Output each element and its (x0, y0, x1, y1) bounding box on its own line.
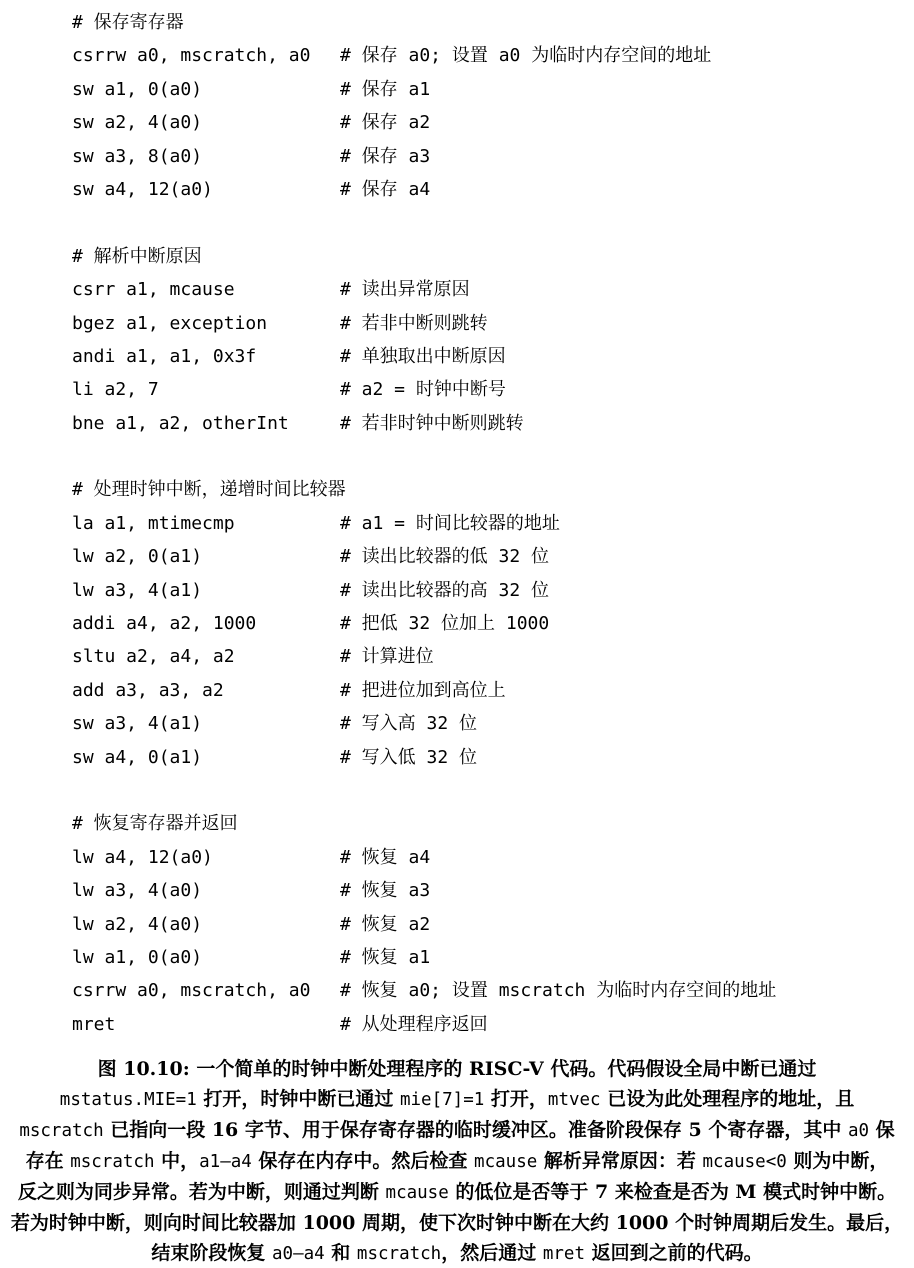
code-line: sw a3, 4(a1)# 写入高 32 位 (72, 707, 776, 740)
instruction: addi a4, a2, 1000 (72, 607, 340, 640)
caption-text: 打开，时钟中断已通过 (197, 1088, 400, 1110)
instruction: sw a3, 4(a1) (72, 707, 340, 740)
instruction: bgez a1, exception (72, 307, 340, 340)
instruction: sw a4, 12(a0) (72, 173, 340, 206)
code-line: lw a2, 4(a0)# 恢复 a2 (72, 908, 776, 941)
caption-text: 解析异常原因：若 (537, 1150, 702, 1172)
code-line: # 保存寄存器 (72, 6, 776, 39)
figure-caption: 图 10.10: 一个简单的时钟中断处理程序的 RISC-V 代码。代码假设全局… (10, 1054, 904, 1268)
caption-code-token: mscratch (19, 1121, 103, 1141)
code-block: # 处理时钟中断，递增时间比较器la a1, mtimecmp# a1 = 时间… (72, 473, 776, 774)
caption-text: 结束阶段恢复 (151, 1242, 272, 1264)
caption-code-token: mstatus.MIE=1 (60, 1090, 197, 1110)
code-line: csrrw a0, mscratch, a0# 保存 a0; 设置 a0 为临时… (72, 39, 776, 72)
caption-text: 若为时钟中断，则向时间比较器加 1000 周期，使下次时钟中断在大约 1000 … (11, 1212, 903, 1234)
caption-line: 图 10.10: 一个简单的时钟中断处理程序的 RISC-V 代码。代码假设全局… (10, 1054, 904, 1084)
inline-comment: # 保存 a3 (340, 140, 776, 173)
caption-code-token: a1–a4 (199, 1152, 252, 1172)
code-line: bne a1, a2, otherInt# 若非时钟中断则跳转 (72, 407, 776, 440)
inline-comment: # 恢复 a1 (340, 941, 776, 974)
instruction: lw a2, 4(a0) (72, 908, 340, 941)
inline-comment: # 保存 a0; 设置 a0 为临时内存空间的地址 (340, 39, 776, 72)
code-line: sltu a2, a4, a2# 计算进位 (72, 640, 776, 673)
instruction: lw a3, 4(a0) (72, 874, 340, 907)
inline-comment: # 计算进位 (340, 640, 776, 673)
caption-text: 返回到之前的代码。 (585, 1242, 763, 1264)
code-line: mret# 从处理程序返回 (72, 1008, 776, 1041)
caption-text: 的低位是否等于 7 来检查是否为 M 模式时钟中断。 (449, 1181, 896, 1203)
code-line: lw a1, 0(a0)# 恢复 a1 (72, 941, 776, 974)
caption-text: 打开， (484, 1088, 548, 1110)
instruction: lw a4, 12(a0) (72, 841, 340, 874)
instruction: lw a1, 0(a0) (72, 941, 340, 974)
code-line: csrrw a0, mscratch, a0# 恢复 a0; 设置 mscrat… (72, 974, 776, 1007)
instruction: sw a3, 8(a0) (72, 140, 340, 173)
instruction: bne a1, a2, otherInt (72, 407, 340, 440)
inline-comment: # 若非时钟中断则跳转 (340, 407, 776, 440)
inline-comment: # 保存 a1 (340, 73, 776, 106)
instruction: sw a1, 0(a0) (72, 73, 340, 106)
instruction: sw a2, 4(a0) (72, 106, 340, 139)
inline-comment: # 写入低 32 位 (340, 741, 776, 774)
caption-text: 图 10.10: 一个简单的时钟中断处理程序的 RISC-V 代码。代码假设全局… (98, 1058, 817, 1080)
code-line: lw a2, 0(a1)# 读出比较器的低 32 位 (72, 540, 776, 573)
inline-comment: # 保存 a2 (340, 106, 776, 139)
inline-comment: # 读出比较器的高 32 位 (340, 574, 776, 607)
caption-code-token: mscratch (357, 1244, 441, 1264)
code-line: # 处理时钟中断，递增时间比较器 (72, 473, 776, 506)
inline-comment: # 读出异常原因 (340, 273, 776, 306)
caption-text: ，然后通过 (441, 1242, 543, 1264)
caption-text: 已设为此处理程序的地址，且 (601, 1088, 855, 1110)
instruction: lw a2, 0(a1) (72, 540, 340, 573)
instruction: csrrw a0, mscratch, a0 (72, 39, 340, 72)
code-line: sw a2, 4(a0)# 保存 a2 (72, 106, 776, 139)
code-line: add a3, a3, a2# 把进位加到高位上 (72, 674, 776, 707)
caption-code-token: mret (543, 1244, 585, 1264)
block-comment-header: # 恢复寄存器并返回 (72, 807, 238, 840)
caption-text: 已指向一段 16 字节、用于保存寄存器的临时缓冲区。准备阶段保存 5 个寄存器，… (104, 1119, 848, 1141)
instruction: csrr a1, mcause (72, 273, 340, 306)
assembly-code-listing: # 保存寄存器csrrw a0, mscratch, a0# 保存 a0; 设置… (72, 6, 776, 1041)
caption-line: 若为时钟中断，则向时间比较器加 1000 周期，使下次时钟中断在大约 1000 … (10, 1208, 904, 1238)
caption-code-token: mcause<0 (703, 1152, 787, 1172)
instruction: mret (72, 1008, 340, 1041)
code-line: # 解析中断原因 (72, 240, 776, 273)
code-line: sw a1, 0(a0)# 保存 a1 (72, 73, 776, 106)
caption-line: 存在 mscratch 中，a1–a4 保存在内存中。然后检查 mcause 解… (10, 1146, 904, 1177)
caption-text: 则为中断， (787, 1150, 889, 1172)
caption-line: 结束阶段恢复 a0–a4 和 mscratch，然后通过 mret 返回到之前的… (10, 1238, 904, 1268)
code-line: lw a3, 4(a0)# 恢复 a3 (72, 874, 776, 907)
instruction: li a2, 7 (72, 373, 340, 406)
caption-code-token: mtvec (548, 1090, 601, 1110)
book-page: # 保存寄存器csrrw a0, mscratch, a0# 保存 a0; 设置… (0, 0, 914, 1268)
caption-line: mstatus.MIE=1 打开，时钟中断已通过 mie[7]=1 打开，mtv… (10, 1084, 904, 1115)
code-line: lw a3, 4(a1)# 读出比较器的高 32 位 (72, 574, 776, 607)
code-line: andi a1, a1, 0x3f# 单独取出中断原因 (72, 340, 776, 373)
caption-text: 保存在内存中。然后检查 (252, 1150, 474, 1172)
caption-text: 和 (325, 1242, 357, 1264)
code-line: la a1, mtimecmp# a1 = 时间比较器的地址 (72, 507, 776, 540)
caption-text: 保 (869, 1119, 895, 1141)
inline-comment: # 恢复 a2 (340, 908, 776, 941)
code-line: li a2, 7# a2 = 时钟中断号 (72, 373, 776, 406)
caption-code-token: mscratch (70, 1152, 154, 1172)
caption-line: 反之则为同步异常。若为中断，则通过判断 mcause 的低位是否等于 7 来检查… (10, 1177, 904, 1208)
instruction: sltu a2, a4, a2 (72, 640, 340, 673)
inline-comment: # 保存 a4 (340, 173, 776, 206)
inline-comment: # 若非中断则跳转 (340, 307, 776, 340)
code-line: sw a3, 8(a0)# 保存 a3 (72, 140, 776, 173)
caption-code-token: mcause (386, 1183, 449, 1203)
inline-comment: # 把进位加到高位上 (340, 674, 776, 707)
code-line: addi a4, a2, 1000# 把低 32 位加上 1000 (72, 607, 776, 640)
inline-comment: # 恢复 a4 (340, 841, 776, 874)
inline-comment: # 读出比较器的低 32 位 (340, 540, 776, 573)
code-block: # 保存寄存器csrrw a0, mscratch, a0# 保存 a0; 设置… (72, 6, 776, 206)
inline-comment: # 写入高 32 位 (340, 707, 776, 740)
caption-code-token: a0 (848, 1121, 869, 1141)
caption-text: 存在 (26, 1150, 71, 1172)
instruction: la a1, mtimecmp (72, 507, 340, 540)
code-line: sw a4, 12(a0)# 保存 a4 (72, 173, 776, 206)
caption-text: 反之则为同步异常。若为中断，则通过判断 (18, 1181, 386, 1203)
instruction: csrrw a0, mscratch, a0 (72, 974, 340, 1007)
block-comment-header: # 保存寄存器 (72, 6, 184, 39)
code-line: bgez a1, exception# 若非中断则跳转 (72, 307, 776, 340)
inline-comment: # 恢复 a0; 设置 mscratch 为临时内存空间的地址 (340, 974, 776, 1007)
block-comment-header: # 处理时钟中断，递增时间比较器 (72, 473, 346, 506)
instruction: andi a1, a1, 0x3f (72, 340, 340, 373)
instruction: sw a4, 0(a1) (72, 741, 340, 774)
inline-comment: # 把低 32 位加上 1000 (340, 607, 776, 640)
caption-code-token: mie[7]=1 (400, 1090, 484, 1110)
code-line: sw a4, 0(a1)# 写入低 32 位 (72, 741, 776, 774)
code-block: # 恢复寄存器并返回lw a4, 12(a0)# 恢复 a4lw a3, 4(a… (72, 807, 776, 1041)
caption-code-token: a0–a4 (272, 1244, 325, 1264)
inline-comment: # a1 = 时间比较器的地址 (340, 507, 776, 540)
code-block: # 解析中断原因csrr a1, mcause# 读出异常原因bgez a1, … (72, 240, 776, 440)
code-line: # 恢复寄存器并返回 (72, 807, 776, 840)
code-line: csrr a1, mcause# 读出异常原因 (72, 273, 776, 306)
inline-comment: # 从处理程序返回 (340, 1008, 776, 1041)
inline-comment: # a2 = 时钟中断号 (340, 373, 776, 406)
block-comment-header: # 解析中断原因 (72, 240, 202, 273)
code-line: lw a4, 12(a0)# 恢复 a4 (72, 841, 776, 874)
inline-comment: # 恢复 a3 (340, 874, 776, 907)
instruction: lw a3, 4(a1) (72, 574, 340, 607)
inline-comment: # 单独取出中断原因 (340, 340, 776, 373)
caption-text: 中， (155, 1150, 200, 1172)
caption-line: mscratch 已指向一段 16 字节、用于保存寄存器的临时缓冲区。准备阶段保… (10, 1115, 904, 1146)
caption-code-token: mcause (474, 1152, 537, 1172)
instruction: add a3, a3, a2 (72, 674, 340, 707)
